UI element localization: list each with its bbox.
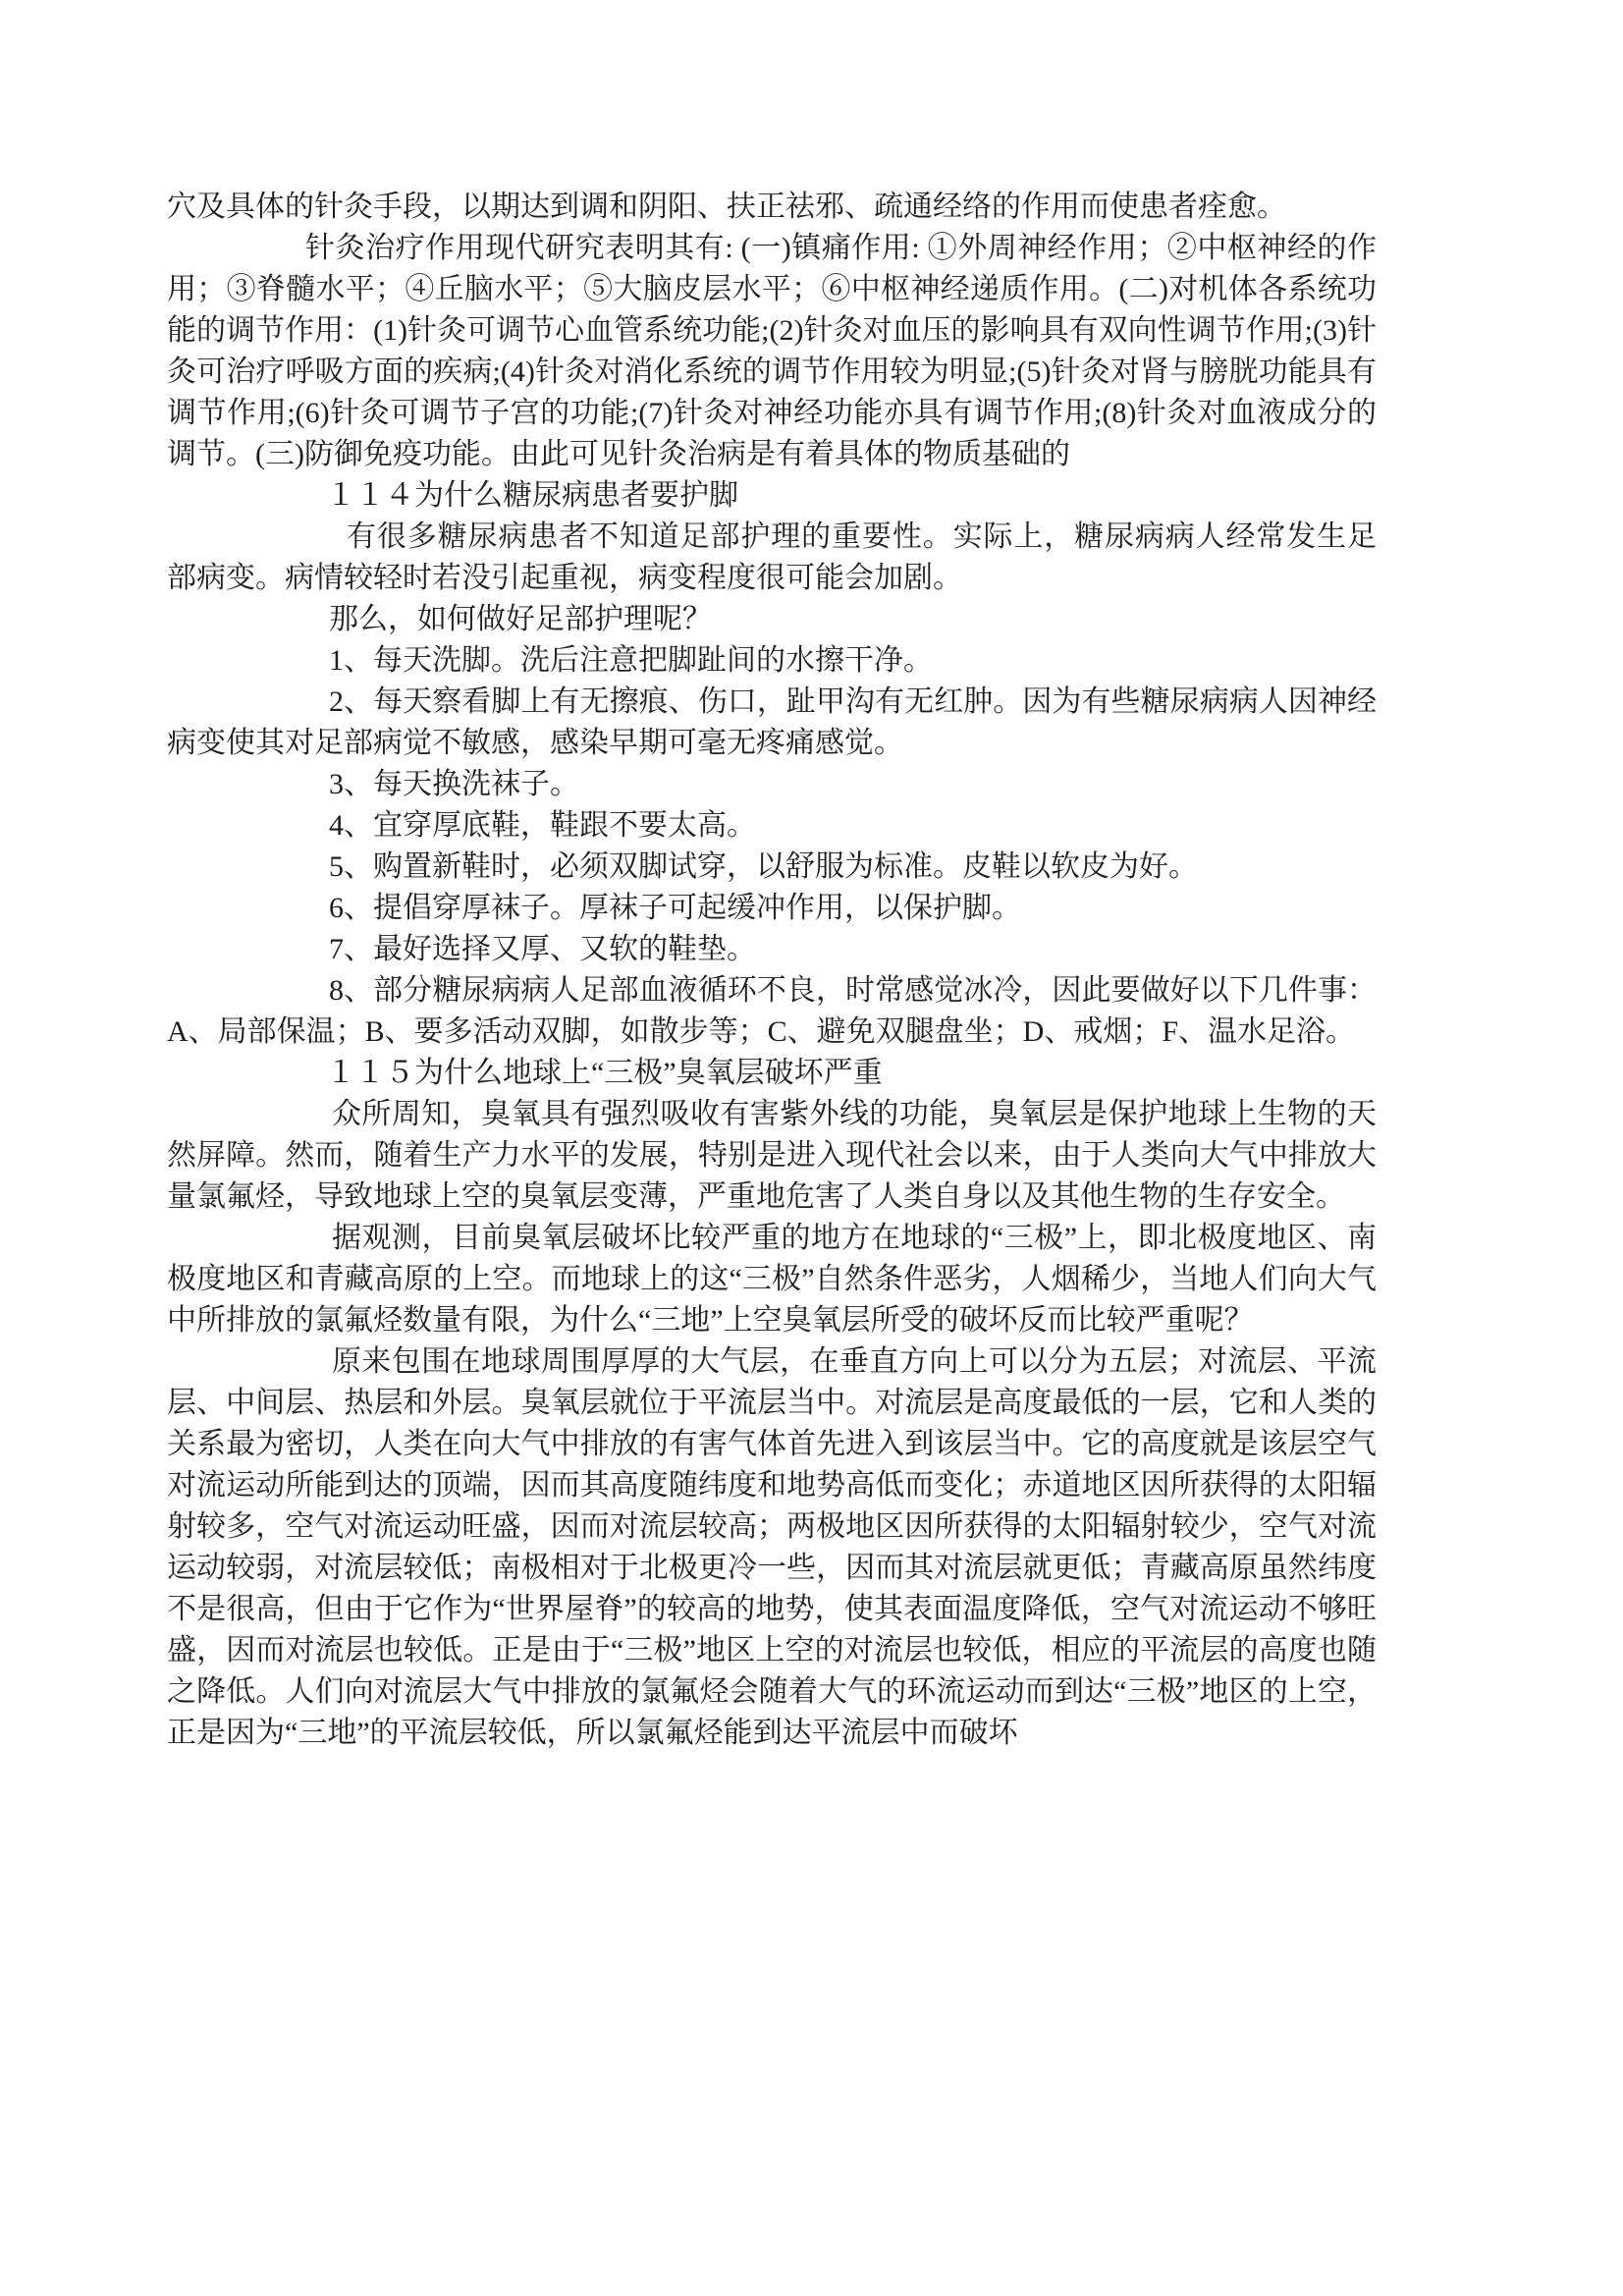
document-text-block: 穴及具体的针灸手段，以期达到调和阴阳、扶正祛邪、疏通经络的作用而使患者痊愈。 针…	[167, 0, 1377, 1754]
list-item-paragraph: 5、购置新鞋时，必须双脚试穿，以舒服为标准。皮鞋以软皮为好。	[167, 847, 1377, 888]
section-114-heading: １１４为什么糖尿病患者要护脚	[167, 475, 1377, 517]
body-paragraph: 众所周知，臭氧具有强烈吸收有害紫外线的功能，臭氧层是保护地球上生物的天然屏障。然…	[167, 1094, 1377, 1218]
section-115-heading: １１５为什么地球上“三极”臭氧层破坏严重	[167, 1053, 1377, 1094]
list-item-paragraph: 8、部分糖尿病病人足部血液循环不良，时常感觉冰冷，因此要做好以下几件事：A、局部…	[167, 970, 1377, 1053]
list-item-paragraph: 3、每天换洗袜子。	[167, 764, 1377, 805]
body-paragraph: 据观测，目前臭氧层破坏比较严重的地方在地球的“三极”上，即北极度地区、南极度地区…	[167, 1218, 1377, 1341]
body-paragraph: 针灸治疗作用现代研究表明其有: (一)镇痛作用: ①外周神经作用；②中枢神经的作…	[167, 228, 1377, 475]
list-item-paragraph: 4、宜穿厚底鞋，鞋跟不要太高。	[167, 805, 1377, 847]
list-item-paragraph: 6、提倡穿厚袜子。厚袜子可起缓冲作用，以保护脚。	[167, 888, 1377, 929]
body-paragraph: 那么，如何做好足部护理呢？	[167, 599, 1377, 640]
list-item-paragraph: 1、每天洗脚。洗后注意把脚趾间的水擦干净。	[167, 640, 1377, 682]
list-item-paragraph: 7、最好选择又厚、又软的鞋垫。	[167, 929, 1377, 970]
body-paragraph: 有很多糖尿病患者不知道足部护理的重要性。实际上，糖尿病病人经常发生足部病变。病情…	[167, 517, 1377, 599]
body-paragraph: 原来包围在地球周围厚厚的大气层，在垂直方向上可以分为五层；对流层、平流层、中间层…	[167, 1341, 1377, 1754]
document-page-background: { "colors": { "page_background": "#fffff…	[0, 0, 1623, 2296]
list-item-paragraph: 2、每天察看脚上有无擦痕、伤口，趾甲沟有无红肿。因为有些糖尿病病人因神经病变使其…	[167, 682, 1377, 764]
body-paragraph: 穴及具体的针灸手段，以期达到调和阴阳、扶正祛邪、疏通经络的作用而使患者痊愈。	[167, 187, 1377, 228]
